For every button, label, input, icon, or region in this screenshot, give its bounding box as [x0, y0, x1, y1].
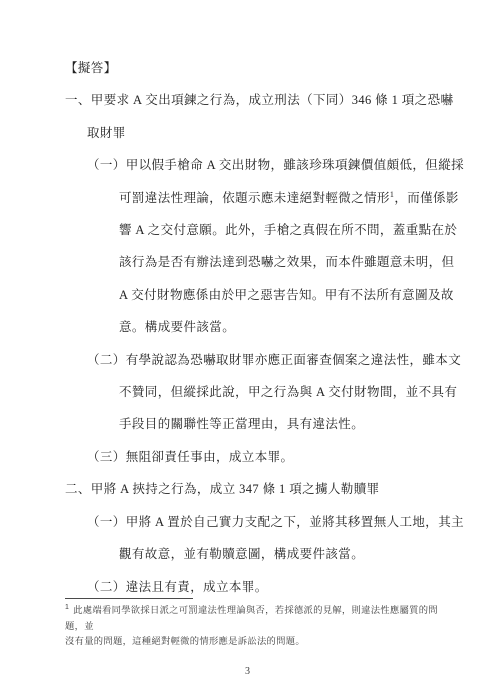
body-line: 可罰違法性理論，依題示應未達絕對輕微之情形1，而僅係影 [65, 182, 461, 214]
body-line: 該行為是否有辦法達到恐嚇之效果，而本件雖題意未明，但 [65, 246, 461, 278]
footnote-line1-text: 此處端看同學欲採日派之可罰違法性理論與否，若採德派的見解，則違法性應屬質的問題，… [65, 605, 438, 631]
body-line-text: ，而僅係影 [394, 191, 459, 205]
body-line: 一、甲要求 A 交出項鍊之行為，成立刑法（下同）346 條 1 項之恐嚇 [65, 84, 461, 116]
page-number: 3 [0, 666, 495, 677]
document-page: 【擬答】 一、甲要求 A 交出項鍊之行為，成立刑法（下同）346 條 1 項之恐… [0, 0, 495, 700]
body-line: 不贊同，但縱採此說，甲之行為與 A 交付財物間，並不具有 [65, 376, 461, 408]
body-line: 意。構成要件該當。 [65, 311, 461, 343]
body-line: （一）甲將 A 置於自己實力支配之下，並將其移置無人工地，其主 [65, 506, 461, 538]
body-line: （二）有學說認為恐嚇取財罪亦應正面審查個案之違法性，雖本文 [65, 344, 461, 376]
body-line-text: 可罰違法性理論，依題示應未達絕對輕微之情形 [119, 191, 390, 205]
answer-heading: 【擬答】 [65, 52, 461, 84]
body-line: A 交付財物應係由於甲之惡害告知。甲有不法所有意圖及故 [65, 279, 461, 311]
footnote-marker: 1 [65, 604, 69, 611]
body-line: 觀有故意，並有勒贖意圖，構成要件該當。 [65, 538, 461, 570]
body-line: （一）甲以假手槍命 A 交出財物，雖該珍珠項鍊價值頗低，但縱採 [65, 149, 461, 181]
body-line: （三）無阻卻責任事由，成立本罪。 [65, 441, 461, 473]
footnote-text: 1此處端看同學欲採日派之可罰違法性理論與否，若採德派的見解，則違法性應屬質的問題… [65, 603, 457, 650]
body-line: 手段目的關聯性等正當理由，具有違法性。 [65, 408, 461, 440]
body-line: 取財罪 [65, 117, 461, 149]
footnote: 1此處端看同學欲採日派之可罰違法性理論與否，若採德派的見解，則違法性應屬質的問題… [65, 598, 457, 650]
body-line: 響 A 之交付意願。此外，手槍之真假在所不問，蓋重點在於 [65, 214, 461, 246]
footnote-line: 1此處端看同學欲採日派之可罰違法性理論與否，若採德派的見解，則違法性應屬質的問題… [65, 603, 457, 634]
footnote-line: 沒有量的問題，這種絕對輕微的情形應是訴訟法的問題。 [65, 634, 457, 650]
answer-body: 【擬答】 一、甲要求 A 交出項鍊之行為，成立刑法（下同）346 條 1 項之恐… [65, 52, 461, 603]
body-line: 二、甲將 A 挾持之行為，成立 347 條 1 項之擄人勒贖罪 [65, 473, 461, 505]
footnote-separator [65, 598, 193, 599]
